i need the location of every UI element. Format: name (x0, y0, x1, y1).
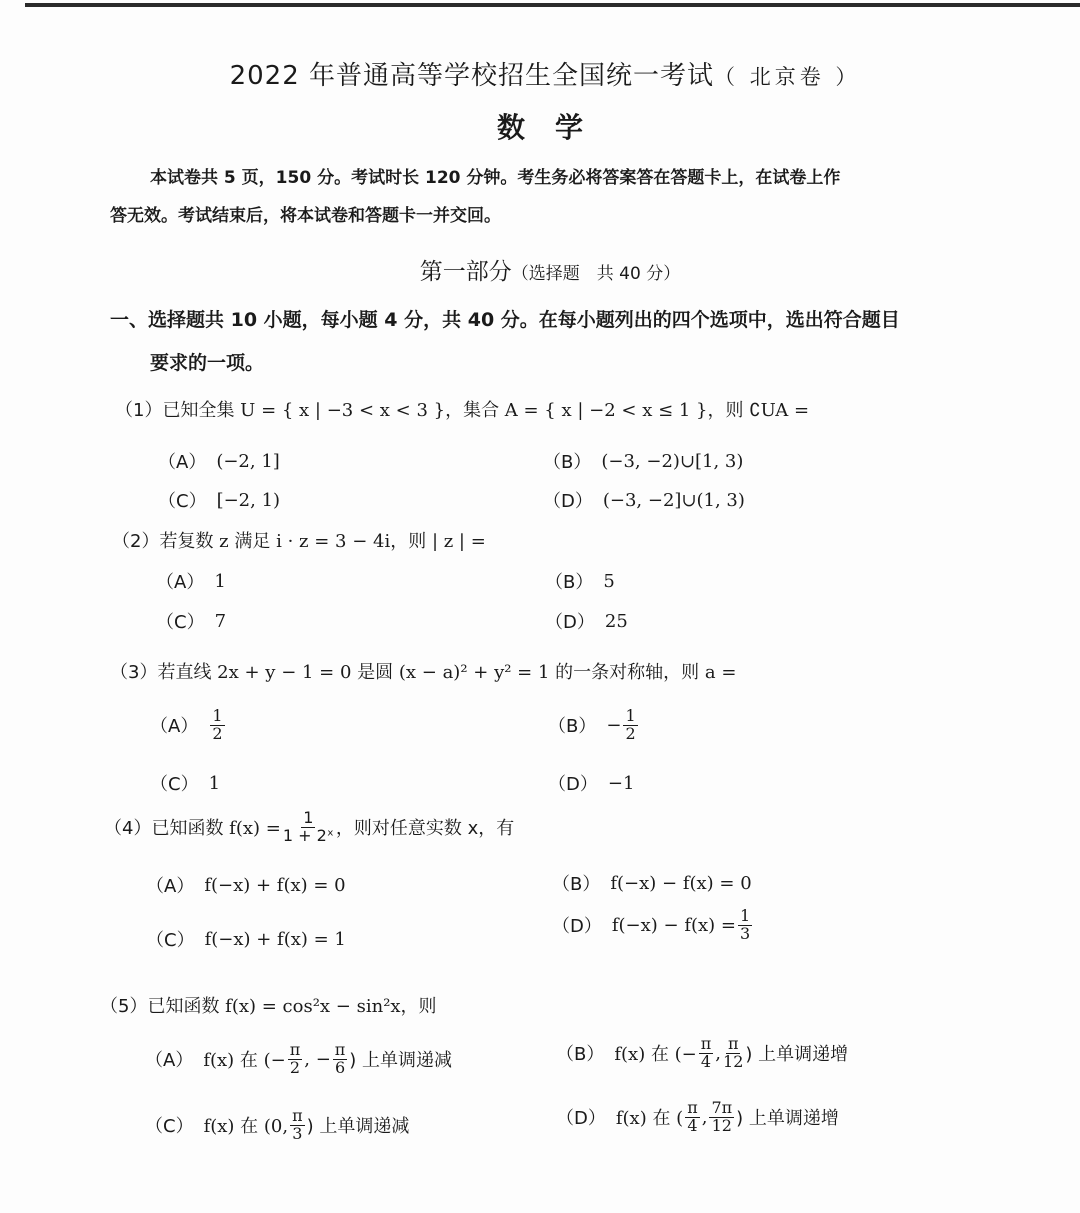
option-label: （D） (548, 770, 598, 796)
q3-option-a: （A）12 (150, 708, 227, 743)
question-number: （1） (115, 400, 162, 421)
option-label: （C） (150, 770, 199, 796)
option-text: 7 (215, 611, 226, 632)
option-label: （B） (548, 712, 596, 738)
q2-option-b: （B）5 (545, 568, 615, 594)
q5-option-d: （D）f(x) 在 (π4, 7π12) 上单调递增 (556, 1100, 839, 1135)
fraction: 11 + 2ˣ (283, 810, 334, 845)
question-text: 若复数 z 满足 i · z = 3 − 4i，则 | z | = (159, 531, 485, 552)
option-label: （A） (158, 448, 206, 474)
question-text: 若直线 2x + y − 1 = 0 是圆 (x − a)² + y² = 1 … (157, 662, 736, 683)
option-text: f(−x) + f(x) = 1 (205, 929, 346, 950)
question-number: （2） (112, 531, 159, 552)
q3-option-d: （D）−1 (548, 770, 634, 796)
option-label: （A） (156, 568, 204, 594)
option-label: （A） (145, 1046, 193, 1072)
question-text: 已知函数 f(x) = cos²x − sin²x，则 (147, 996, 436, 1017)
instructions-line-2: 答无效。考试结束后，将本试卷和答题卡一并交回。 (110, 201, 501, 226)
option-text: 1 (209, 773, 220, 794)
exam-title-main: 2022 年普通高等学校招生全国统一考试 (230, 61, 714, 91)
option-text: −1 (608, 773, 635, 794)
q2-option-c: （C）7 (156, 608, 226, 634)
question-text-post: ，则对任意实数 x，有 (336, 814, 514, 840)
q3-option-b: （B）−12 (548, 708, 640, 743)
q2-option-a: （A）1 (156, 568, 226, 594)
subject-title: 数学 (0, 106, 1080, 146)
q1-option-a: （A）(−2, 1] (158, 448, 280, 474)
option-text: (−3, −2]∪(1, 3) (603, 490, 745, 511)
q5-option-c: （C）f(x) 在 (0, π3) 上单调递减 (145, 1108, 409, 1143)
part-title: 第一部分 (420, 259, 512, 285)
question-3-stem: （3）若直线 2x + y − 1 = 0 是圆 (x − a)² + y² =… (110, 658, 736, 684)
option-label: （D） (552, 912, 602, 938)
option-label: （B） (545, 568, 593, 594)
option-label: （C） (145, 1112, 194, 1138)
q5-option-b: （B）f(x) 在 (−π4, π12) 上单调递增 (556, 1036, 848, 1071)
question-text: 已知全集 U = { x | −3 < x < 3 }，集合 A = { x |… (162, 400, 809, 421)
section-instructions-line-2: 要求的一项。 (150, 348, 264, 375)
question-number: （4） (104, 814, 151, 840)
question-2-stem: （2）若复数 z 满足 i · z = 3 − 4i，则 | z | = (112, 527, 486, 553)
part-subtitle: （选择题 共 40 分） (512, 264, 680, 284)
top-border-line (25, 3, 1080, 7)
fraction: 12 (210, 708, 224, 743)
q4-option-c: （C）f(−x) + f(x) = 1 (146, 926, 346, 952)
instructions-line-1: 本试卷共 5 页，150 分。考试时长 120 分钟。考生务必将答案答在答题卡上… (150, 163, 840, 188)
option-text: 1 (214, 571, 225, 592)
q1-option-c: （C）[−2, 1) (158, 487, 280, 513)
option-text: (−2, 1] (216, 451, 279, 472)
question-number: （3） (110, 662, 157, 683)
option-label: （C） (158, 487, 207, 513)
option-label: （D） (556, 1104, 606, 1130)
option-label: （A） (150, 712, 198, 738)
fraction: 13 (738, 908, 752, 943)
q1-option-b: （B）(−3, −2)∪[1, 3) (543, 448, 743, 474)
option-label: （B） (556, 1040, 604, 1066)
question-text: 已知函数 f(x) = (151, 814, 280, 840)
exam-title-region: （ 北京卷 ） (714, 65, 860, 89)
option-label: （C） (146, 926, 195, 952)
q3-option-c: （C）1 (150, 770, 220, 796)
fraction: 12 (623, 708, 637, 743)
option-label: （C） (156, 608, 205, 634)
q5-option-a: （A）f(x) 在 (−π2, −π6) 上单调递减 (145, 1042, 452, 1077)
q1-option-d: （D）(−3, −2]∪(1, 3) (543, 487, 745, 513)
question-4-stem: （4）已知函数 f(x) =11 + 2ˣ，则对任意实数 x，有 (104, 810, 514, 845)
option-label: （B） (543, 448, 591, 474)
question-1-stem: （1）已知全集 U = { x | −3 < x < 3 }，集合 A = { … (115, 396, 809, 422)
section-instructions-line-1: 一、选择题共 10 小题，每小题 4 分，共 40 分。在每小题列出的四个选项中… (110, 305, 900, 332)
q4-option-b: （B）f(−x) − f(x) = 0 (552, 870, 752, 896)
q4-option-a: （A）f(−x) + f(x) = 0 (146, 872, 346, 898)
option-text: f(−x) − f(x) = (612, 915, 736, 936)
option-label: （D） (543, 487, 593, 513)
option-label: （D） (545, 608, 595, 634)
part-heading: 第一部分（选择题 共 40 分） (0, 253, 1080, 286)
q2-option-d: （D）25 (545, 608, 628, 634)
option-label: （B） (552, 870, 600, 896)
exam-title: 2022 年普通高等学校招生全国统一考试（ 北京卷 ） (0, 55, 1080, 92)
option-text: − (606, 715, 621, 736)
option-text: 5 (603, 571, 614, 592)
question-5-stem: （5）已知函数 f(x) = cos²x − sin²x，则 (100, 992, 437, 1018)
q4-option-d: （D）f(−x) − f(x) =13 (552, 908, 754, 943)
option-text: [−2, 1) (217, 490, 280, 511)
option-text: (−3, −2)∪[1, 3) (601, 451, 743, 472)
option-text: 25 (605, 611, 628, 632)
question-number: （5） (100, 996, 147, 1017)
option-label: （A） (146, 872, 194, 898)
option-text: f(−x) − f(x) = 0 (610, 873, 751, 894)
option-text: f(−x) + f(x) = 0 (204, 875, 345, 896)
